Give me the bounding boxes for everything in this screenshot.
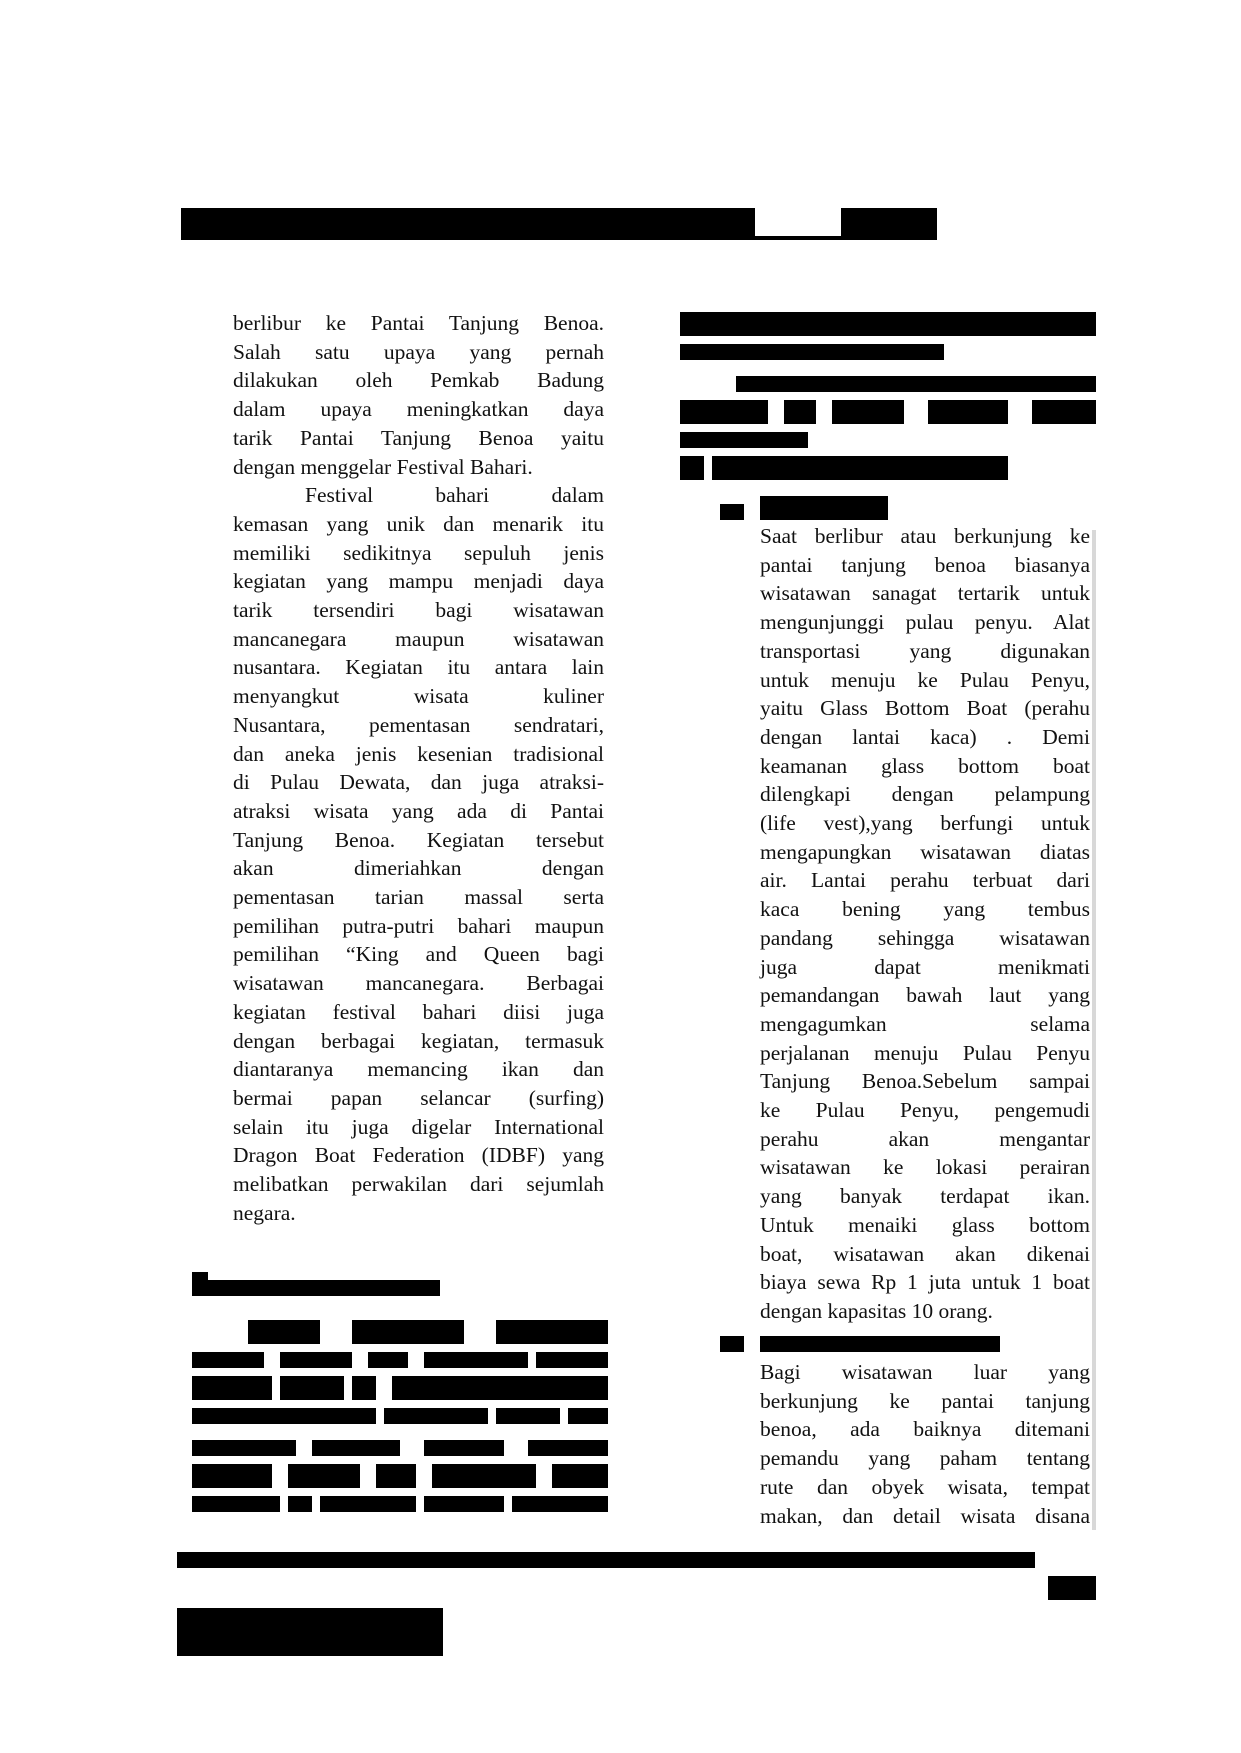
text-line: benoa, ada baiknya ditemani <box>760 1415 1090 1444</box>
text-line: Untuk menaiki glass bottom <box>760 1211 1090 1240</box>
text-line: tarik tersendiri bagi wisatawan <box>233 596 604 625</box>
text-line: kaca bening yang tembus <box>760 895 1090 924</box>
text-line: kegiatan festival bahari diisi juga <box>233 998 604 1027</box>
footer-rule-redacted <box>177 1552 1035 1568</box>
text-line: dalam upaya meningkatkan daya <box>233 395 604 424</box>
text-line: dengan menggelar Festival Bahari. <box>233 453 604 482</box>
text-line: selain itu juga digelar International <box>233 1113 604 1142</box>
text-line: berkunjung ke pantai tanjung <box>760 1387 1090 1416</box>
text-line: bermai papan selancar (surfing) <box>233 1084 604 1113</box>
text-line: pemilihan “King and Queen bagi <box>233 940 604 969</box>
item-a-marker-redacted <box>720 504 744 520</box>
text-line: wisatawan sanagat tertarik untuk <box>760 579 1090 608</box>
paragraph-2: Festival bahari dalam kemasan yang unik … <box>233 481 604 1227</box>
text-line: ke Pulau Penyu, pengemudi <box>760 1096 1090 1125</box>
page-number-redacted <box>1048 1576 1096 1600</box>
text-line: pemilihan putra-putri bahari maupun <box>233 912 604 941</box>
text-line: Salah satu upaya yang pernah <box>233 338 604 367</box>
text-line: keamanan glass bottom boat <box>760 752 1090 781</box>
text-line: kegiatan yang mampu menjadi daya <box>233 567 604 596</box>
text-line: yaitu Glass Bottom Boat (perahu <box>760 694 1090 723</box>
item-b-marker-redacted <box>720 1336 744 1352</box>
text-line: berlibur ke Pantai Tanjung Benoa. <box>233 309 604 338</box>
text-line: dilakukan oleh Pemkab Badung <box>233 366 604 395</box>
text-line: Tanjung Benoa.Sebelum sampai <box>760 1067 1090 1096</box>
text-line: untuk menuju ke Pulau Penyu, <box>760 666 1090 695</box>
text-line: dengan berbagai kegiatan, termasuk <box>233 1027 604 1056</box>
text-line: kemasan yang unik dan menarik itu <box>233 510 604 539</box>
text-line: transportasi yang digunakan <box>760 637 1090 666</box>
text-line: nusantara. Kegiatan itu antara lain <box>233 653 604 682</box>
left-column: berlibur ke Pantai Tanjung Benoa. Salah … <box>233 309 604 1228</box>
text-line: juga dapat menikmati <box>760 953 1090 982</box>
item-b-title-redacted <box>760 1336 1000 1352</box>
text-line: menyangkut wisata kuliner <box>233 682 604 711</box>
text-line: akan dimeriahkan dengan <box>233 854 604 883</box>
text-line: perahu akan mengantar <box>760 1125 1090 1154</box>
scan-edge-artifact <box>1092 530 1096 1530</box>
text-line: wisatawan ke lokasi perairan <box>760 1153 1090 1182</box>
text-line: perjalanan menuju Pulau Penyu <box>760 1039 1090 1068</box>
text-line: wisatawan mancanegara. Berbagai <box>233 969 604 998</box>
text-line: rute dan obyek wisata, tempat <box>760 1473 1090 1502</box>
text-line: pandang sehingga wisatawan <box>760 924 1090 953</box>
text-line: dilengkapi dengan pelampung <box>760 780 1090 809</box>
item-a-title-redacted <box>760 496 888 520</box>
footer-text-redacted <box>177 1608 443 1656</box>
text-line: pementasan tarian massal serta <box>233 883 604 912</box>
paragraph-1: berlibur ke Pantai Tanjung Benoa. Salah … <box>233 309 604 481</box>
text-line: mengapungkan wisatawan diatas <box>760 838 1090 867</box>
text-line: makan, dan detail wisata disana <box>760 1502 1090 1531</box>
text-line: Saat berlibur atau berkunjung ke <box>760 522 1090 551</box>
text-line: di Pulau Dewata, dan juga atraksi- <box>233 768 604 797</box>
text-line: dengan lantai kaca) . Demi <box>760 723 1090 752</box>
text-line: pemandangan bawah laut yang <box>760 981 1090 1010</box>
text-line: biaya sewa Rp 1 juta untuk 1 boat <box>760 1268 1090 1297</box>
text-line: diantaranya memancing ikan dan <box>233 1055 604 1084</box>
text-line: memiliki sedikitnya sepuluh jenis <box>233 539 604 568</box>
text-line: dengan kapasitas 10 orang. <box>760 1297 1090 1326</box>
text-line: pemandu yang paham tentang <box>760 1444 1090 1473</box>
text-line: dan aneka jenis kesenian tradisional <box>233 740 604 769</box>
text-line: mengunjunggi pulau penyu. Alat <box>760 608 1090 637</box>
text-line: (life vest),yang berfungi untuk <box>760 809 1090 838</box>
text-line: mancanegara maupun wisatawan <box>233 625 604 654</box>
text-line: tarik Pantai Tanjung Benoa yaitu <box>233 424 604 453</box>
item-b-body: Bagi wisatawan luar yang berkunjung ke p… <box>760 1358 1090 1530</box>
text-line: air. Lantai perahu terbuat dari <box>760 866 1090 895</box>
text-line: mengagumkan selama <box>760 1010 1090 1039</box>
text-line: pantai tanjung benoa biasanya <box>760 551 1090 580</box>
text-line: melibatkan perwakilan dari sejumlah <box>233 1170 604 1199</box>
text-line: Nusantara, pementasan sendratari, <box>233 711 604 740</box>
text-line: Bagi wisatawan luar yang <box>760 1358 1090 1387</box>
text-line: atraksi wisata yang ada di Pantai <box>233 797 604 826</box>
item-a-body: Saat berlibur atau berkunjung ke pantai … <box>760 522 1090 1326</box>
text-line: Tanjung Benoa. Kegiatan tersebut <box>233 826 604 855</box>
text-line: negara. <box>233 1199 604 1228</box>
text-line: Dragon Boat Federation (IDBF) yang <box>233 1141 604 1170</box>
text-line: yang banyak terdapat ikan. <box>760 1182 1090 1211</box>
text-line: boat, wisatawan akan dikenai <box>760 1240 1090 1269</box>
text-line: Festival bahari dalam <box>233 481 604 510</box>
